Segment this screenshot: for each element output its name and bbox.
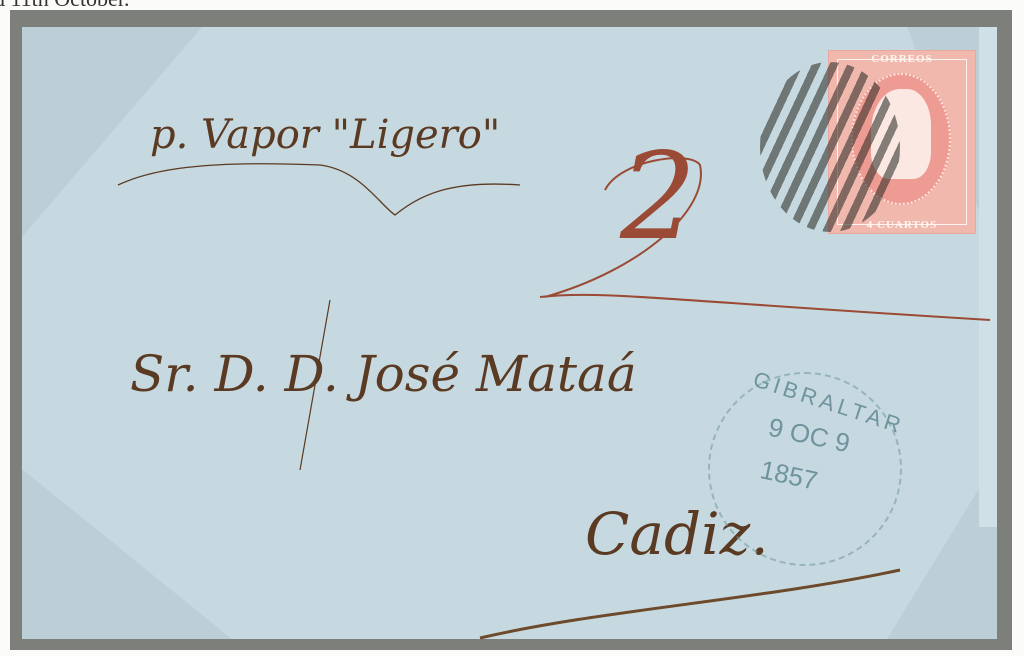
barred-cancellation (760, 62, 900, 232)
routing-endorsement: p. Vapor "Ligero" (150, 112, 500, 158)
addressee-line: Sr. D. D. José Mataá (130, 345, 637, 403)
stamp-top-inscription: CORREOS (829, 53, 975, 65)
postage-due-rate: 2 (620, 128, 696, 267)
